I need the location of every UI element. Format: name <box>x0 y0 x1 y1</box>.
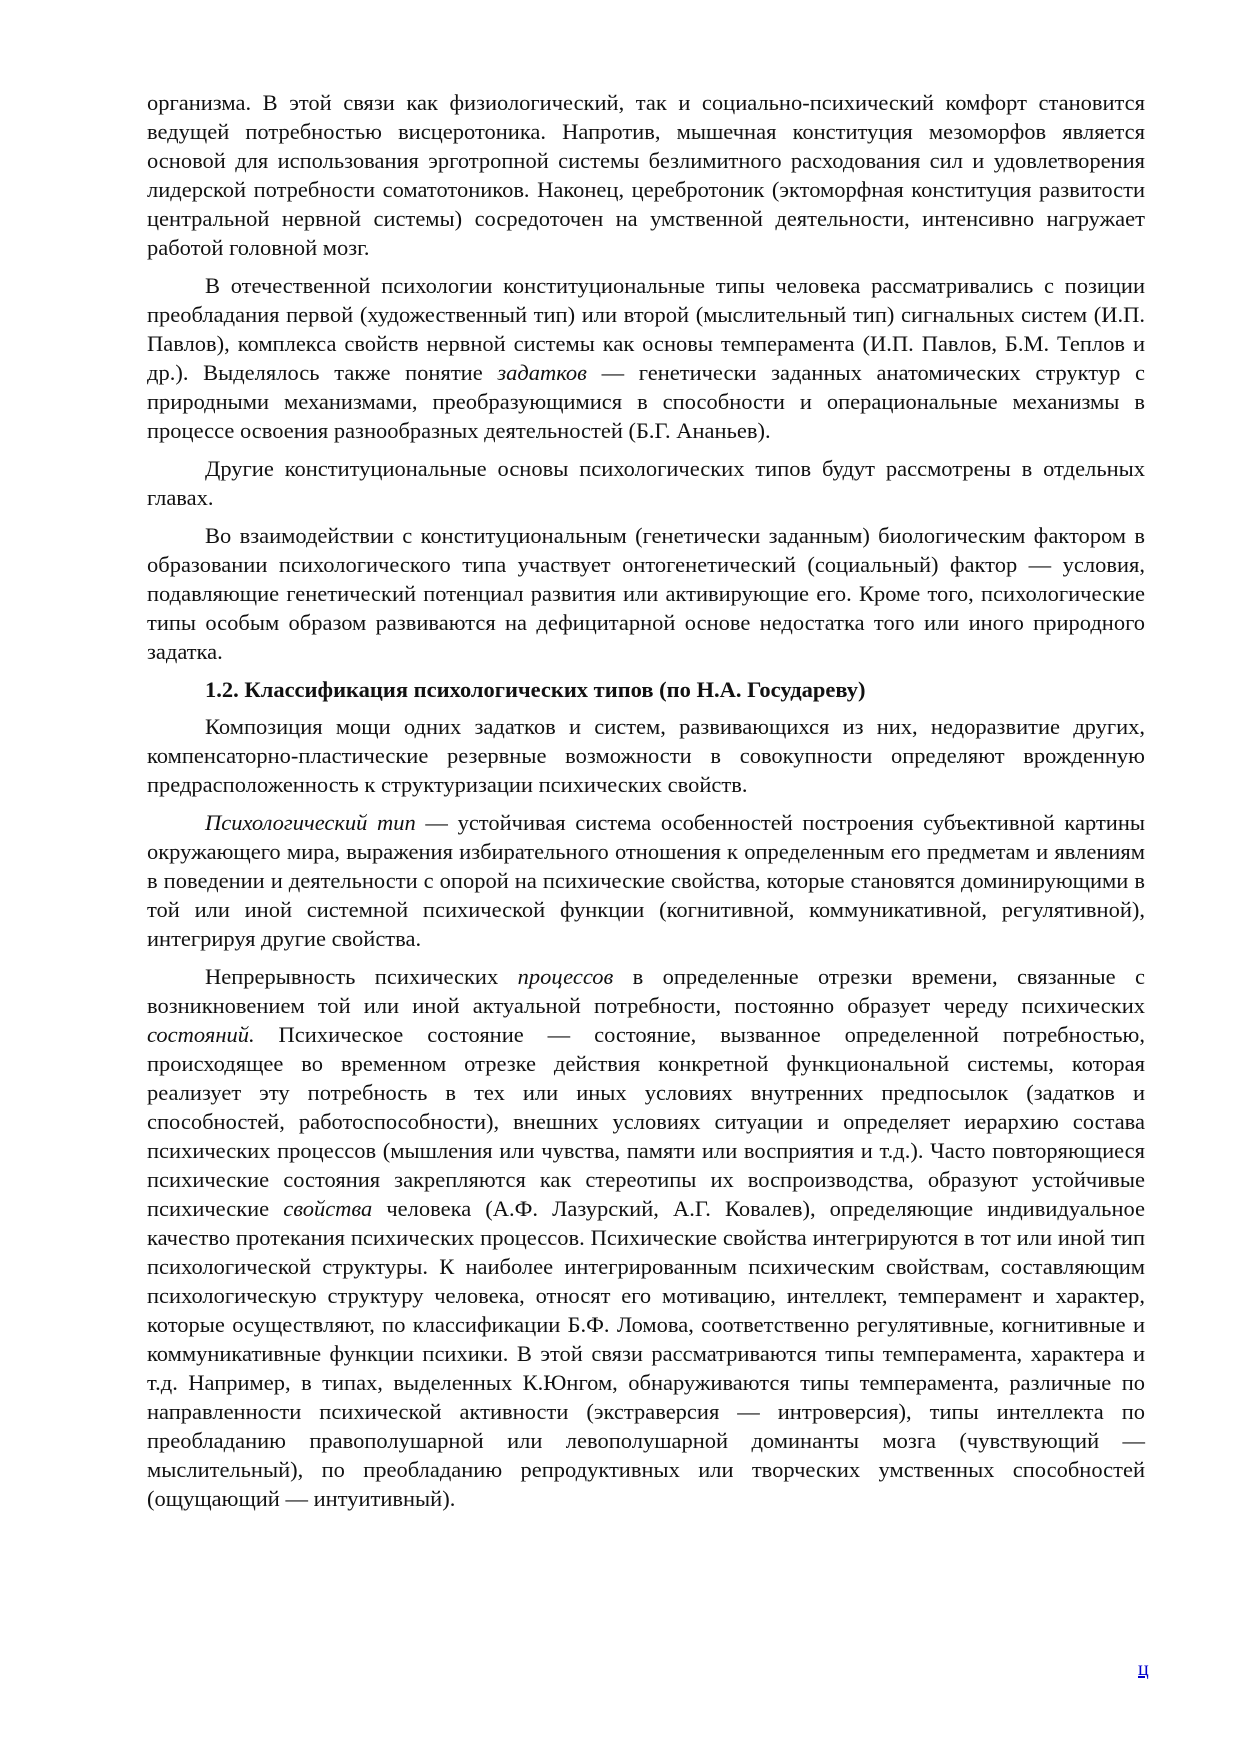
document-page: организма. В этой связи как физиологичес… <box>147 88 1145 1522</box>
italic-term: Психологический тип <box>205 810 416 835</box>
paragraph: Психологический тип — устойчивая система… <box>147 808 1145 953</box>
paragraph-text: организма. В этой связи как физиологичес… <box>147 90 1145 260</box>
paragraph-text: Психическое состояние — состояние, вызва… <box>147 1022 1145 1221</box>
paragraph: Другие конституциональные основы психоло… <box>147 454 1145 512</box>
paragraph-text: Непрерывность психических <box>205 964 518 989</box>
paragraphs-after-heading: Композиция мощи одних задатков и систем,… <box>147 712 1145 1513</box>
paragraph: организма. В этой связи как физиологичес… <box>147 88 1145 262</box>
paragraph-text: Во взаимодействии с конституциональным (… <box>147 523 1145 664</box>
paragraph: Во взаимодействии с конституциональным (… <box>147 521 1145 666</box>
italic-term: задатков <box>497 360 587 385</box>
paragraph-text: Композиция мощи одних задатков и систем,… <box>147 714 1145 797</box>
section-heading: 1.2. Классификация психологических типов… <box>147 675 1145 704</box>
paragraph-text: человека (А.Ф. Лазурский, А.Г. Ковалев),… <box>147 1196 1145 1511</box>
italic-term: состояний. <box>147 1022 255 1047</box>
paragraph: Композиция мощи одних задатков и систем,… <box>147 712 1145 799</box>
italic-term: свойства <box>283 1196 372 1221</box>
paragraph: В отечественной психологии конституциона… <box>147 271 1145 445</box>
italic-term: процессов <box>518 964 614 989</box>
paragraph-text: Другие конституциональные основы психоло… <box>147 456 1145 510</box>
paragraph: Непрерывность психических процессов в оп… <box>147 962 1145 1513</box>
paragraphs-before-heading: организма. В этой связи как физиологичес… <box>147 88 1145 666</box>
page-number-link[interactable]: ц <box>1138 1658 1149 1681</box>
